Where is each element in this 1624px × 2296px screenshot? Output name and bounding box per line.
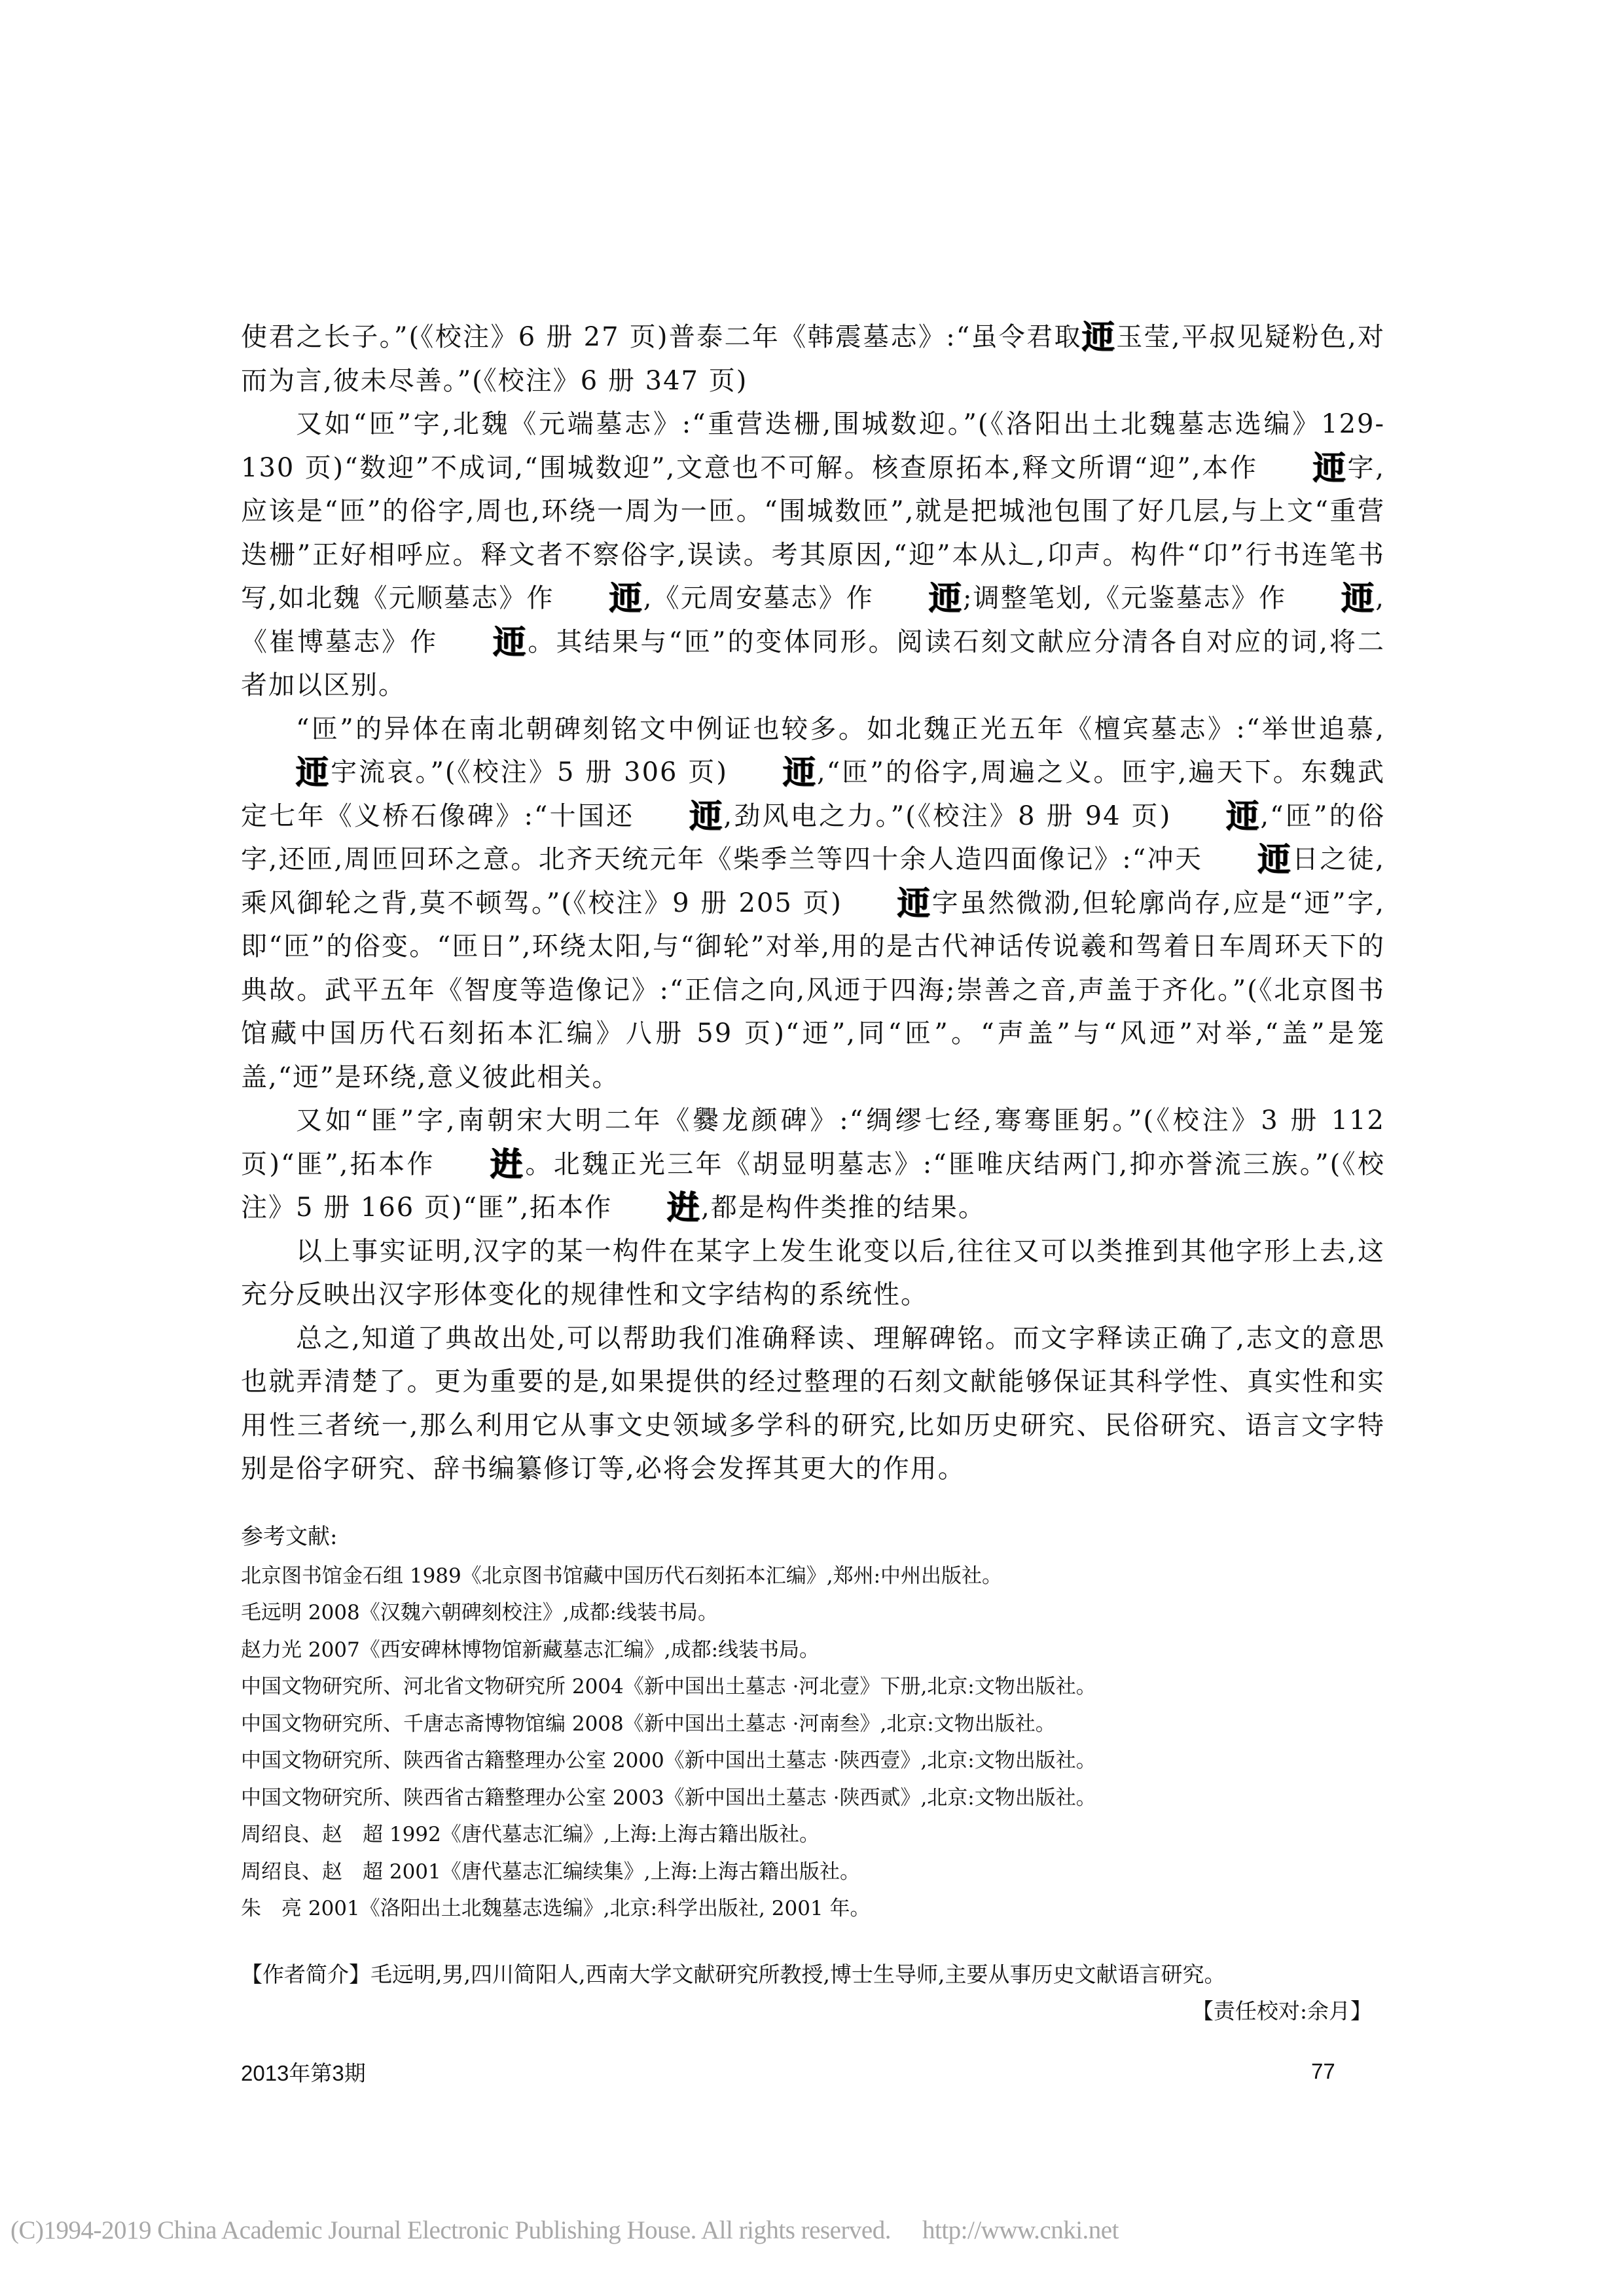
reference-item: 周绍良、赵 超 1992《唐代墓志汇编》,上海:上海古籍出版社。	[241, 1816, 1385, 1854]
text-run: 又如“匝”字,北魏《元端墓志》:“重营迭栅,围城数迎。”(《洛阳出土北魏墓志选编…	[241, 409, 1385, 483]
text-run: 字虽然微泐,但轮廓尚存,应是“迊”字,即“匝”的俗变。“匝日”,环绕太阳,与“御…	[241, 888, 1385, 1092]
text-run: 总之,知道了典故出处,可以帮助我们准确释读、理解碑铭。而文字释读正确了,志文的意…	[241, 1323, 1385, 1484]
text-run: 以上事实证明,汉字的某一构件在某字上发生讹变以后,往往又可以类推到其他字形上去,…	[241, 1236, 1385, 1310]
rubbing-glyph-image: 迊	[728, 759, 817, 785]
rubbing-glyph-image: 迊	[634, 803, 723, 829]
reference-item: 北京图书馆金石组 1989《北京图书馆藏中国历代石刻拓本汇编》,郑州:中州出版社…	[241, 1558, 1385, 1595]
body-paragraph: 又如“匪”字,南朝宋大明二年《爨龙颜碑》:“绸缪七经,骞骞匪躬。”(《校注》3 …	[241, 1099, 1385, 1230]
body-paragraph: 以上事实证明,汉字的某一构件在某字上发生讹变以后,往往又可以类推到其他字形上去,…	[241, 1230, 1385, 1317]
rubbing-glyph-image: 逬	[435, 1151, 524, 1177]
text-run: “匝”的异体在南北朝碑刻铭文中例证也较多。如北魏正光五年《檀宾墓志》:“举世追慕…	[296, 714, 1385, 744]
author-bio: 【作者简介】毛远明,男,四川简阳人,西南大学文献研究所教授,博士生导师,主要从事…	[241, 1956, 1385, 1993]
article-body: 使君之长子。”(《校注》6 册 27 页)普泰二年《韩震墓志》:“虽令君取迊玉莹…	[241, 315, 1385, 2030]
reference-item: 朱 亮 2001《洛阳出土北魏墓志选编》,北京:科学出版社, 2001 年。	[241, 1890, 1385, 1928]
rubbing-glyph-image: 迊	[1171, 803, 1260, 829]
rubbing-glyph-image: 迊	[1258, 455, 1347, 481]
reference-item: 中国文物研究所、陕西省古籍整理办公室 2000《新中国出土墓志 ·陕西壹》,北京…	[241, 1742, 1385, 1780]
reference-item: 赵力光 2007《西安碑林博物馆新藏墓志汇编》,成都:线装书局。	[241, 1632, 1385, 1669]
reference-list: 北京图书馆金石组 1989《北京图书馆藏中国历代石刻拓本汇编》,郑州:中州出版社…	[241, 1558, 1385, 1928]
body-paragraph: 使君之长子。”(《校注》6 册 27 页)普泰二年《韩震墓志》:“虽令君取迊玉莹…	[241, 315, 1385, 403]
text-run: ,《元周安墓志》作	[643, 583, 874, 613]
rubbing-glyph-image: 迊	[241, 759, 330, 785]
text-run: ,劲风电之力。”(《校注》8 册 94 页)	[723, 801, 1171, 831]
copyright-text: (C)1994-2019 China Academic Journal Elec…	[10, 2216, 891, 2244]
reference-item: 中国文物研究所、千唐志斋博物馆编 2008《新中国出土墓志 ·河南叁》,北京:文…	[241, 1706, 1385, 1743]
rubbing-glyph-image: 迊	[1202, 846, 1291, 872]
reference-item: 毛远明 2008《汉魏六朝碑刻校注》,成都:线装书局。	[241, 1594, 1385, 1632]
rubbing-glyph-image: 迊	[1286, 585, 1375, 611]
rubbing-glyph-image: 逬	[612, 1194, 701, 1221]
rubbing-glyph-image: 迊	[1082, 324, 1116, 350]
page-number: 77	[1311, 2059, 1335, 2084]
body-paragraph: 又如“匝”字,北魏《元端墓志》:“重营迭栅,围城数迎。”(《洛阳出土北魏墓志选编…	[241, 403, 1385, 708]
reference-item: 中国文物研究所、陕西省古籍整理办公室 2003《新中国出土墓志 ·陕西贰》,北京…	[241, 1780, 1385, 1817]
body-paragraph: “匝”的异体在南北朝碑刻铭文中例证也较多。如北魏正光五年《檀宾墓志》:“举世追慕…	[241, 708, 1385, 1100]
copyright-watermark: (C)1994-2019 China Academic Journal Elec…	[10, 2215, 1119, 2245]
text-run: ,都是构件类推的结果。	[701, 1193, 986, 1223]
rubbing-glyph-image: 迊	[554, 585, 643, 611]
issue-label: 2013年第3期	[241, 2056, 366, 2087]
references-title: 参考文献:	[241, 1518, 1385, 1555]
rubbing-glyph-image: 迊	[842, 890, 931, 916]
references-section: 参考文献: 北京图书馆金石组 1989《北京图书馆藏中国历代石刻拓本汇编》,郑州…	[241, 1518, 1385, 1928]
cnki-link[interactable]: http://www.cnki.net	[922, 2216, 1119, 2244]
text-run: 宇流哀。”(《校注》5 册 306 页)	[330, 757, 728, 787]
rubbing-glyph-image: 迊	[438, 629, 527, 655]
rubbing-glyph-image: 迊	[874, 585, 963, 611]
proofreader-note: 【责任校对:余月】	[241, 1993, 1385, 2030]
reference-item: 周绍良、赵 超 2001《唐代墓志汇编续集》,上海:上海古籍出版社。	[241, 1854, 1385, 1891]
text-run: 使君之长子。”(《校注》6 册 27 页)普泰二年《韩震墓志》:“虽令君取	[241, 322, 1082, 352]
reference-item: 中国文物研究所、河北省文物研究所 2004《新中国出土墓志 ·河北壹》下册,北京…	[241, 1668, 1385, 1706]
text-run: ;调整笔划,《元鉴墓志》作	[963, 583, 1286, 613]
paragraph-list: 使君之长子。”(《校注》6 册 27 页)普泰二年《韩震墓志》:“虽令君取迊玉莹…	[241, 315, 1385, 1491]
body-paragraph: 总之,知道了典故出处,可以帮助我们准确释读、理解碑铭。而文字释读正确了,志文的意…	[241, 1317, 1385, 1491]
